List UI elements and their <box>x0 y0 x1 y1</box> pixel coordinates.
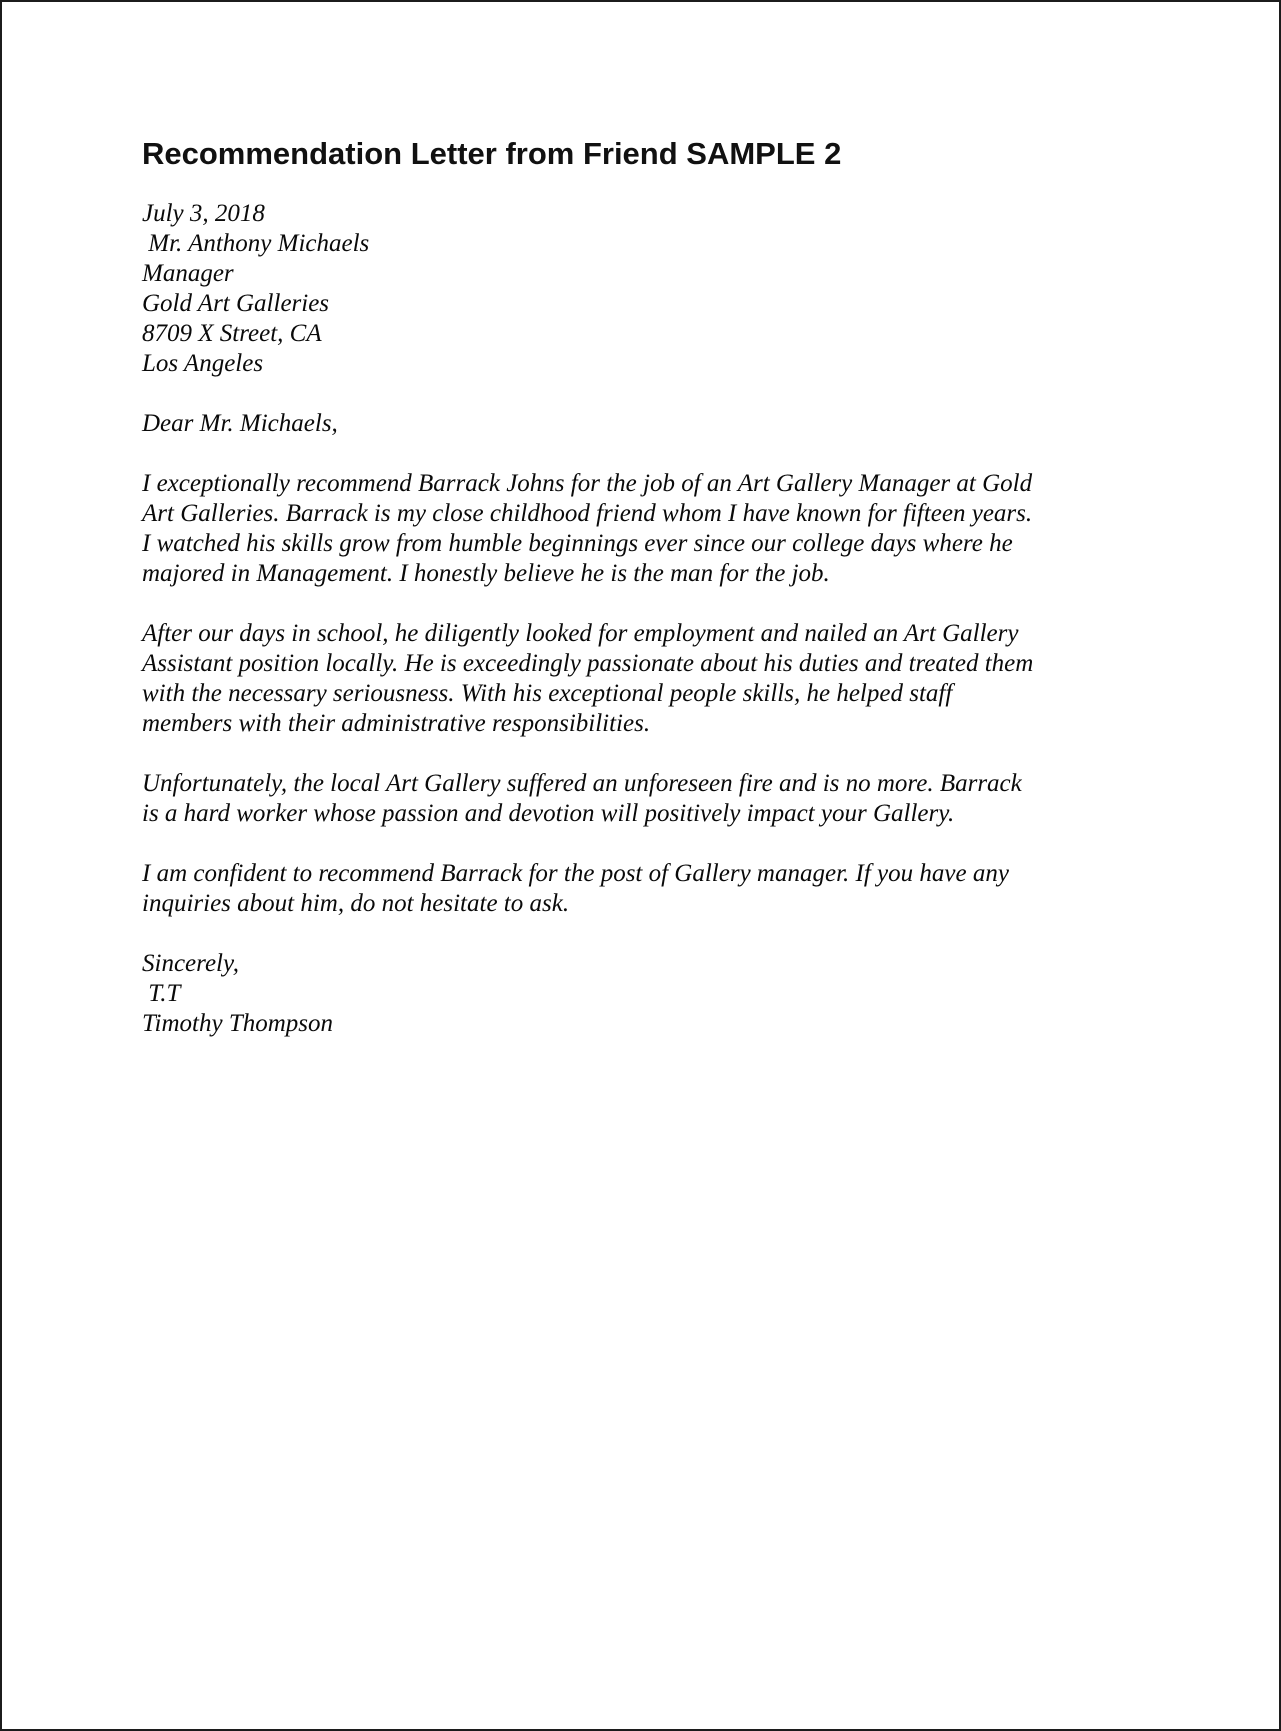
street-line: 8709 X Street, CA <box>142 319 1036 349</box>
signature-initials: T.T <box>142 979 1036 1009</box>
salutation: Dear Mr. Michaels, <box>142 409 1036 439</box>
recipient-address-block: July 3, 2018 Mr. Anthony Michaels Manage… <box>142 199 1036 379</box>
closing-salutation: Sincerely, <box>142 949 1036 979</box>
body-paragraph-2: After our days in school, he diligently … <box>142 619 1036 739</box>
body-paragraph-1: I exceptionally recommend Barrack Johns … <box>142 469 1036 589</box>
page-title: Recommendation Letter from Friend SAMPLE… <box>142 135 1036 173</box>
company-line: Gold Art Galleries <box>142 289 1036 319</box>
letter-content: Recommendation Letter from Friend SAMPLE… <box>2 2 1279 1039</box>
body-paragraph-3: Unfortunately, the local Art Gallery suf… <box>142 769 1036 829</box>
recipient-title-line: Manager <box>142 259 1036 289</box>
body-paragraph-4: I am confident to recommend Barrack for … <box>142 859 1036 919</box>
letter-page: Recommendation Letter from Friend SAMPLE… <box>0 0 1281 1731</box>
closing-block: Sincerely, T.T Timothy Thompson <box>142 949 1036 1039</box>
date-line: July 3, 2018 <box>142 199 1036 229</box>
city-line: Los Angeles <box>142 349 1036 379</box>
recipient-name-line: Mr. Anthony Michaels <box>142 229 1036 259</box>
signature-name: Timothy Thompson <box>142 1009 1036 1039</box>
